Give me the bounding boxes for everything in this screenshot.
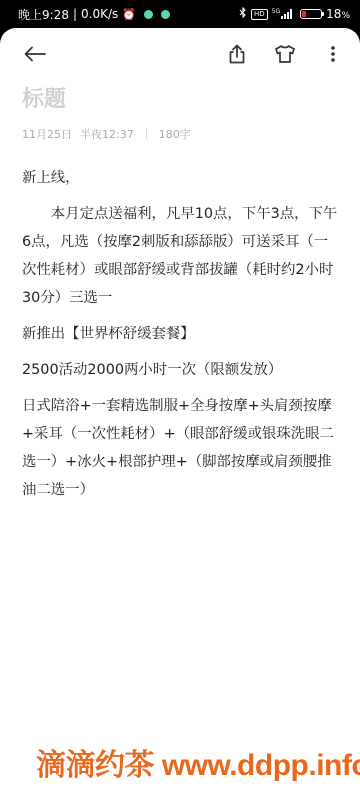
theme-button[interactable] — [272, 41, 298, 67]
paragraph: 日式陪浴+一套精选制服+全身按摩+头肩颈按摩+采耳（一次性耗材）+（眼部舒缓或银… — [22, 392, 338, 504]
back-button[interactable] — [22, 41, 48, 67]
status-left: 晚上9:28 | 0.0K/s ⏰ — [18, 6, 170, 23]
status-bar: 晚上9:28 | 0.0K/s ⏰ HD 5G 18% — [0, 0, 360, 28]
tshirt-icon — [274, 44, 296, 64]
paragraph: 本月定点送福利，凡早10点，下午3点，下午6点，凡选（按摩2刺版和舔舔版）可送采… — [22, 200, 338, 312]
note-time: 半夜12:37 — [80, 126, 134, 142]
status-right: HD 5G 18% — [239, 7, 350, 21]
alarm-icon: ⏰ — [122, 8, 136, 21]
share-button[interactable] — [224, 41, 250, 67]
app-dot-icon — [161, 10, 170, 19]
battery-percent: 18% — [326, 7, 350, 21]
note-editor: 标题 11月25日 半夜12:37 180字 新上线， 本月定点送福利，凡早10… — [0, 28, 360, 800]
more-vertical-icon — [330, 45, 336, 63]
app-dot-icon — [144, 10, 153, 19]
arrow-left-icon — [24, 46, 46, 62]
paragraph: 新上线， — [22, 164, 338, 192]
note-meta: 11月25日 半夜12:37 180字 — [22, 126, 338, 142]
toolbar — [0, 28, 360, 80]
meta-divider — [146, 129, 147, 139]
divider: | — [73, 7, 77, 21]
battery-icon — [300, 9, 322, 19]
bluetooth-icon — [239, 7, 247, 21]
5g-signal-icon: 5G — [272, 9, 292, 19]
note-body[interactable]: 新上线， 本月定点送福利，凡早10点，下午3点，下午6点，凡选（按摩2刺版和舔舔… — [22, 164, 338, 504]
word-count: 180字 — [159, 126, 191, 142]
paragraph: 2500活动2000两小时一次（限额发放） — [22, 356, 338, 384]
paragraph: 新推出【世界杯舒缓套餐】 — [22, 320, 338, 348]
hd-icon: HD — [251, 9, 268, 20]
note-title-field[interactable]: 标题 — [22, 84, 338, 116]
more-button[interactable] — [320, 41, 346, 67]
share-icon — [228, 44, 246, 64]
note-date: 11月25日 — [22, 126, 72, 142]
watermark: 滴滴约茶 www.ddpp.info — [36, 740, 336, 784]
network-speed: 0.0K/s — [81, 7, 118, 21]
clock: 晚上9:28 — [18, 6, 69, 23]
toolbar-actions — [224, 41, 346, 67]
